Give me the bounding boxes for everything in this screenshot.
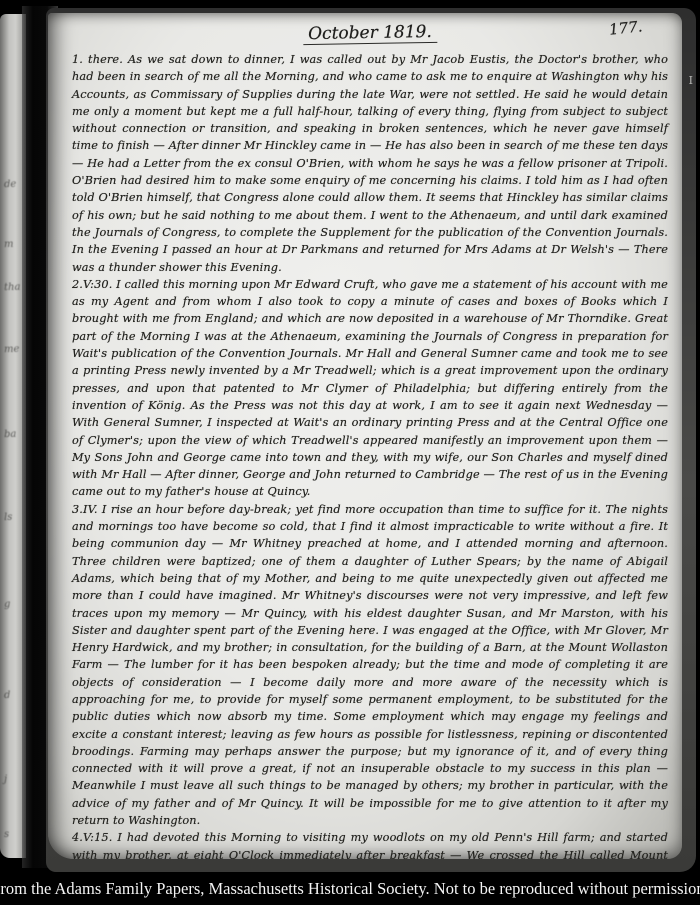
facing-page-fragment: ls [4,512,13,523]
facing-page-fragment: ba [4,429,17,440]
diary-entries: 1. there. As we sat down to dinner, I wa… [72,51,668,859]
diary-entry-4: 4.V:15. I had devoted this Morning to vi… [72,829,668,859]
credit-caption-text: From the Adams Family Papers, Massachuse… [0,879,700,899]
facing-page-fragment: j [4,774,7,785]
credit-caption-bar: From the Adams Family Papers, Massachuse… [0,872,700,905]
manuscript-page-content: October 1819. 177. 1. there. As we sat d… [72,21,668,845]
facing-page-fragment: de [4,179,17,190]
facing-page-fragment: d [4,690,11,701]
facing-page-fragment: m [4,239,14,250]
facing-page-fragment: tha [4,282,21,294]
facing-page-fragment: me [4,344,20,356]
diary-entry-2: 2.V:30. I called this morning upon Mr Ed… [72,276,668,501]
diary-entry-1: 1. there. As we sat down to dinner, I wa… [72,51,668,276]
diary-entry-3: 3.IV. I rise an hour before day-break; y… [72,501,668,830]
scanned-diary-page: de m tha me ba ls g d j s I October 1819… [0,0,700,905]
page-number: 177. [608,17,643,38]
page-header: October 1819. 177. [72,21,668,47]
manuscript-page: October 1819. 177. 1. there. As we sat d… [48,13,682,859]
book-edge: I October 1819. 177. 1. there. As we sat… [46,8,696,872]
facing-page-fragment: s [4,829,10,840]
page-edge-mark: I [689,74,693,87]
facing-page-fragment: g [4,599,11,610]
header-date: October 1819. [303,22,437,45]
